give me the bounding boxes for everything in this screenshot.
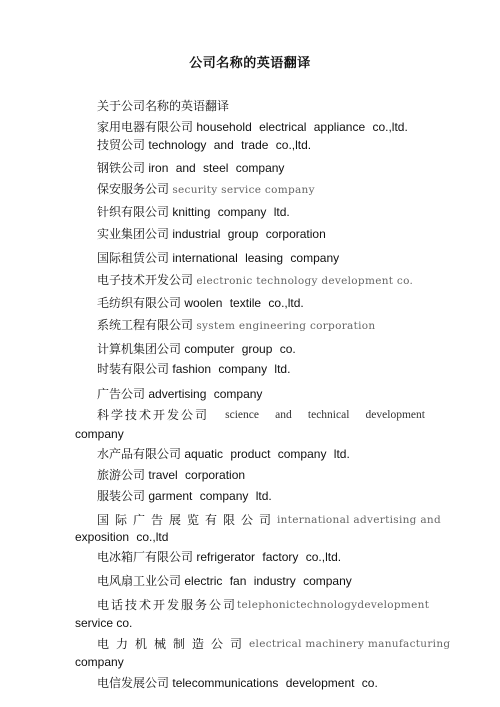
list-item: 旅游公司 travel corporation — [75, 466, 447, 484]
list-item: 电冰箱厂有限公司 refrigerator factory co.,ltd. — [75, 548, 447, 566]
list-item-continuation: company — [75, 425, 425, 443]
list-item: 电信发展公司 telecommunications development co… — [75, 674, 447, 692]
list-item: 技贸公司 technology and trade co.,ltd. — [75, 136, 447, 154]
list-item: 计算机集团公司 computer group co. — [75, 340, 447, 358]
list-item: 时装有限公司 fashion company ltd. — [75, 360, 447, 378]
list-item: 系统工程有限公司 system engineering corporation — [75, 316, 447, 335]
list-item: 毛纺织有限公司 woolen textile co.,ltd. — [75, 294, 447, 312]
intro-heading: 关于公司名称的英语翻译 — [75, 97, 447, 115]
list-item: 广告公司 advertising company — [75, 385, 447, 403]
list-item: 国际广告展览有限公司 international advertising and — [75, 511, 447, 529]
list-item: 钢铁公司 iron and steel company — [75, 159, 447, 177]
list-item-continuation: service co. — [75, 614, 425, 632]
list-item: 针织有限公司 knitting company ltd. — [75, 203, 447, 221]
list-item-continuation: exposition co.,ltd — [75, 528, 425, 546]
list-item: 家用电器有限公司 household electrical appliance … — [75, 118, 447, 136]
list-item: 保安服务公司 security service company — [75, 180, 447, 199]
list-item: 实业集团公司 industrial group corporation — [75, 225, 447, 243]
list-item: 电话技术开发服务公司 telephonic technology develop… — [75, 596, 447, 614]
list-item: 国际租赁公司 international leasing company — [75, 249, 447, 267]
list-item: 电风扇工业公司 electric fan industry company — [75, 572, 447, 590]
document-title: 公司名称的英语翻译 — [0, 52, 500, 71]
list-item: 水产品有限公司 aquatic product company ltd. — [75, 445, 447, 463]
list-item: 电力机械制造公司 electrical machinery manufactur… — [75, 635, 447, 653]
list-item: 科学技术开发公司 science and technical developme… — [75, 406, 447, 424]
list-item-continuation: company — [75, 653, 425, 671]
list-item: 电子技术开发公司 electronic technology developme… — [75, 271, 447, 290]
list-item: 服装公司 garment company ltd. — [75, 487, 447, 505]
